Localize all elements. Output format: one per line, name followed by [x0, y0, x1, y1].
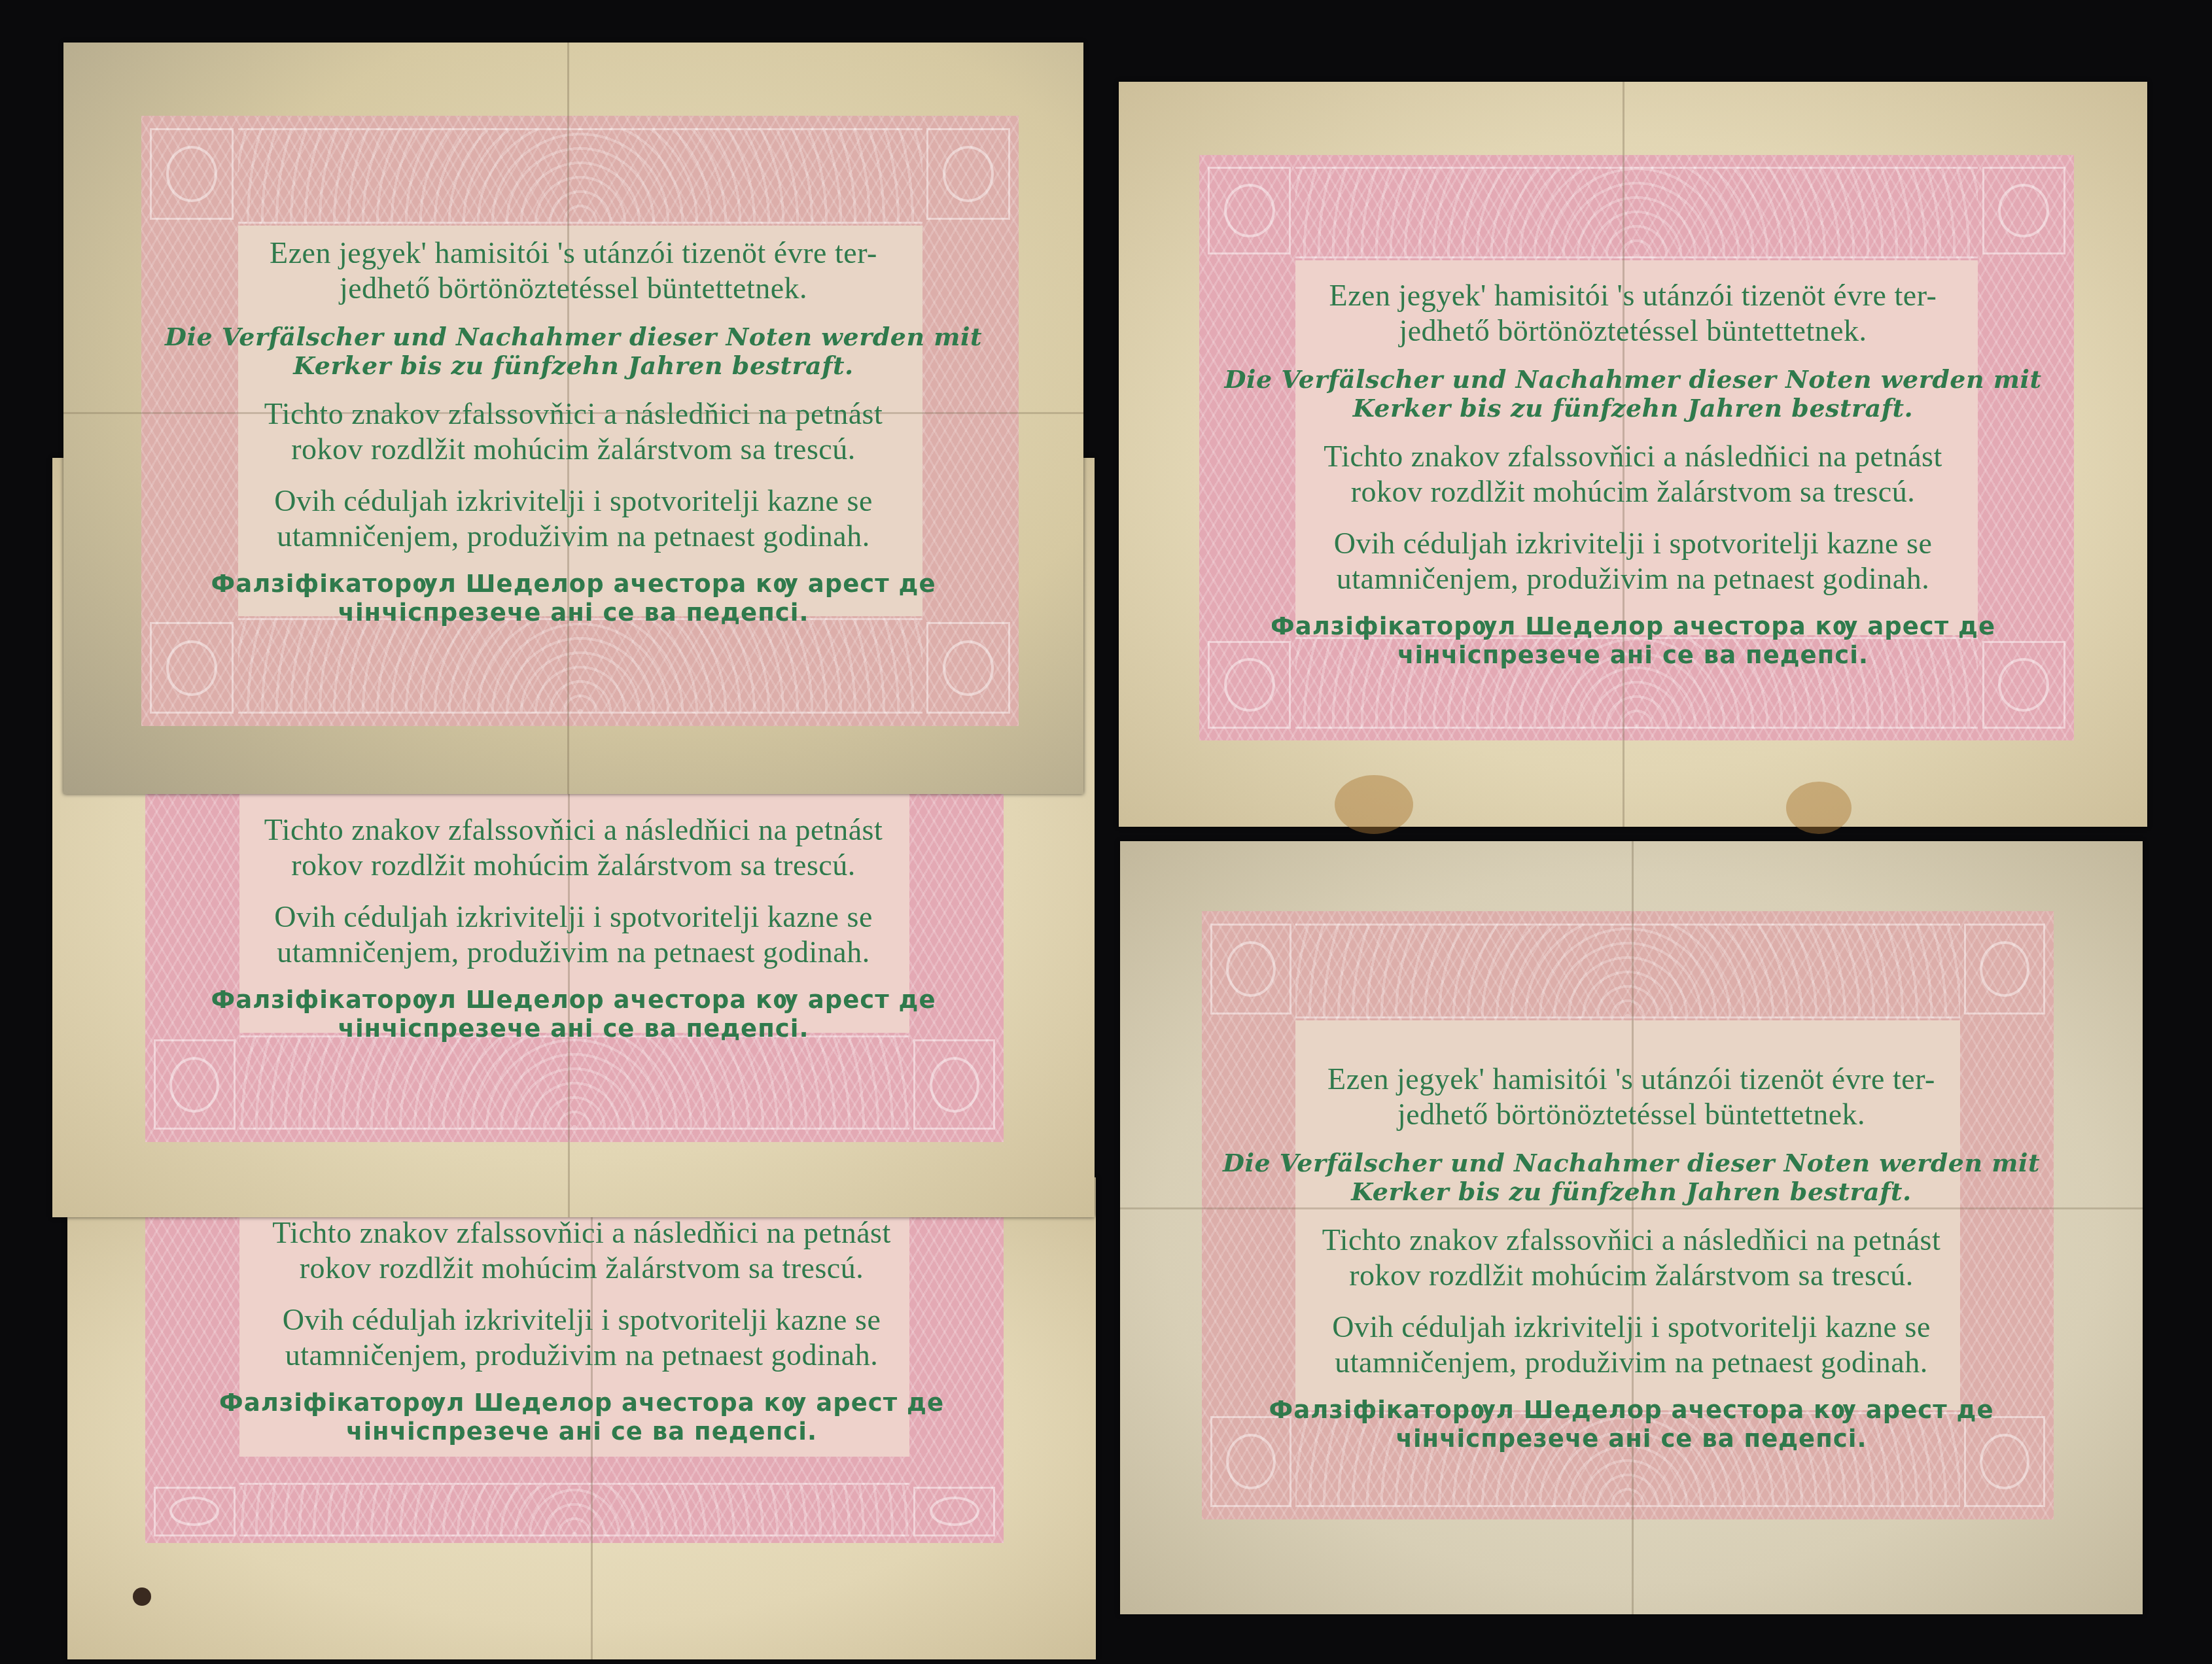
text-line: Фалзіфікаторѹл Шеделор ачестора кѹ арест…	[1178, 612, 2088, 641]
banknote-bottom-right: Ezen jegyek' hamisitói 's utánzói tizenö…	[1120, 841, 2143, 1614]
text-line: Ovih céduljah izkrivitelji i spotvoritel…	[1178, 526, 2088, 561]
guilloche-band	[1295, 924, 1960, 1019]
text-line: utamničenjem, produživim na petnaest god…	[118, 935, 1029, 970]
text-line: чінчіспрезече ані се ва педепсі.	[1178, 641, 2088, 670]
text-line: Ovih céduljah izkrivitelji i spotvoritel…	[118, 899, 1029, 935]
banknote-bottom-left: Tichto znakov zfalssovňici a následňici …	[67, 1177, 1096, 1659]
warning-text: Tichto znakov zfalssovňici a následňici …	[120, 1215, 1044, 1461]
text-line: Tichto znakov zfalssovňici a následňici …	[122, 396, 1025, 432]
text-line: rokov rozdlžit mohúcim žalárstvom sa tre…	[1178, 474, 2088, 510]
guilloche-band	[1295, 167, 1978, 258]
text-line: utamničenjem, produživim na petnaest god…	[120, 1338, 1044, 1373]
rosette-ornament	[1208, 167, 1291, 254]
banknote-top-left: Ezen jegyek' hamisitói 's utánzói tizenö…	[63, 43, 1083, 794]
warning-text: Tichto znakov zfalssovňici a následňici …	[118, 812, 1029, 1058]
rosette-ornament	[1210, 924, 1291, 1015]
text-line: Kerker bis zu fünfzehn Jahren bestraft.	[1178, 394, 2088, 423]
text-line: чінчіспрезече ані се ва педепсі.	[122, 598, 1025, 627]
text-line: utamničenjem, produživim na petnaest god…	[1178, 561, 2088, 597]
text-line: Фалзіфікаторѹл Шеделор ачестора кѹ арест…	[1172, 1396, 2090, 1425]
text-line: Ovih céduljah izkrivitelji i spotvoritel…	[120, 1302, 1044, 1338]
text-line: Ezen jegyek' hamisitói 's utánzói tizenö…	[1178, 278, 2088, 313]
text-line: Ezen jegyek' hamisitói 's utánzói tizenö…	[122, 235, 1025, 271]
text-line: Tichto znakov zfalssovňici a následňici …	[1178, 439, 2088, 474]
text-line: utamničenjem, produživim na petnaest god…	[1172, 1345, 2090, 1380]
rosette-ornament	[1964, 924, 2045, 1015]
stain	[1335, 775, 1413, 834]
text-line: Tichto znakov zfalssovňici a následňici …	[1172, 1222, 2090, 1258]
rosette-ornament	[1982, 167, 2065, 254]
warning-text: Ezen jegyek' hamisitói 's utánzói tizenö…	[1172, 1062, 2090, 1469]
text-line: rokov rozdlžit mohúcim žalárstvom sa tre…	[118, 848, 1029, 883]
rosette-ornament	[154, 1487, 236, 1536]
banknote-top-right: Ezen jegyek' hamisitói 's utánzói tizenö…	[1119, 82, 2147, 827]
text-line: Die Verfälscher und Nachahmer dieser Not…	[1178, 365, 2088, 394]
text-line: Kerker bis zu fünfzehn Jahren bestraft.	[1172, 1177, 2090, 1207]
text-line: Tichto znakov zfalssovňici a následňici …	[120, 1215, 1044, 1251]
stain	[1786, 782, 1852, 834]
guilloche-band	[238, 128, 922, 224]
text-line: utamničenjem, produživim na petnaest god…	[122, 519, 1025, 554]
text-line: jedhető börtönöztetéssel büntettetnek.	[1172, 1097, 2090, 1132]
ink-spot	[133, 1587, 151, 1606]
text-line: Kerker bis zu fünfzehn Jahren bestraft.	[122, 351, 1025, 381]
text-line: Фалзіфікаторѹл Шеделор ачестора кѹ арест…	[120, 1389, 1044, 1417]
text-line: Ezen jegyek' hamisitói 's utánzói tizenö…	[1172, 1062, 2090, 1097]
text-line: чінчіспрезече ані се ва педепсі.	[118, 1014, 1029, 1043]
rosette-ornament	[913, 1487, 995, 1536]
warning-text: Ezen jegyek' hamisitói 's utánzói tizenö…	[122, 235, 1025, 643]
text-line: Фалзіфікаторѹл Шеделор ачестора кѹ арест…	[122, 570, 1025, 598]
guilloche-band	[239, 1483, 909, 1536]
text-line: rokov rozdlžit mohúcim žalárstvom sa tre…	[120, 1251, 1044, 1286]
warning-text: Ezen jegyek' hamisitói 's utánzói tizenö…	[1178, 278, 2088, 685]
text-line: чінчіспрезече ані се ва педепсі.	[120, 1417, 1044, 1446]
text-line: чінчіспрезече ані се ва педепсі.	[1172, 1425, 2090, 1453]
text-line: Die Verfälscher und Nachahmer dieser Not…	[1172, 1149, 2090, 1178]
text-line: Фалзіфікаторѹл Шеделор ачестора кѹ арест…	[118, 986, 1029, 1014]
rosette-ornament	[926, 128, 1009, 220]
text-line: rokov rozdlžit mohúcim žalárstvom sa tre…	[122, 432, 1025, 467]
text-line: Ovih céduljah izkrivitelji i spotvoritel…	[122, 483, 1025, 519]
text-line: Tichto znakov zfalssovňici a následňici …	[118, 812, 1029, 848]
text-line: Die Verfälscher und Nachahmer dieser Not…	[122, 322, 1025, 352]
text-line: jedhető börtönöztetéssel büntettetnek.	[122, 271, 1025, 306]
text-line: Ovih céduljah izkrivitelji i spotvoritel…	[1172, 1309, 2090, 1345]
rosette-ornament	[150, 128, 233, 220]
text-line: jedhető börtönöztetéssel büntettetnek.	[1178, 313, 2088, 349]
text-line: rokov rozdlžit mohúcim žalárstvom sa tre…	[1172, 1258, 2090, 1293]
